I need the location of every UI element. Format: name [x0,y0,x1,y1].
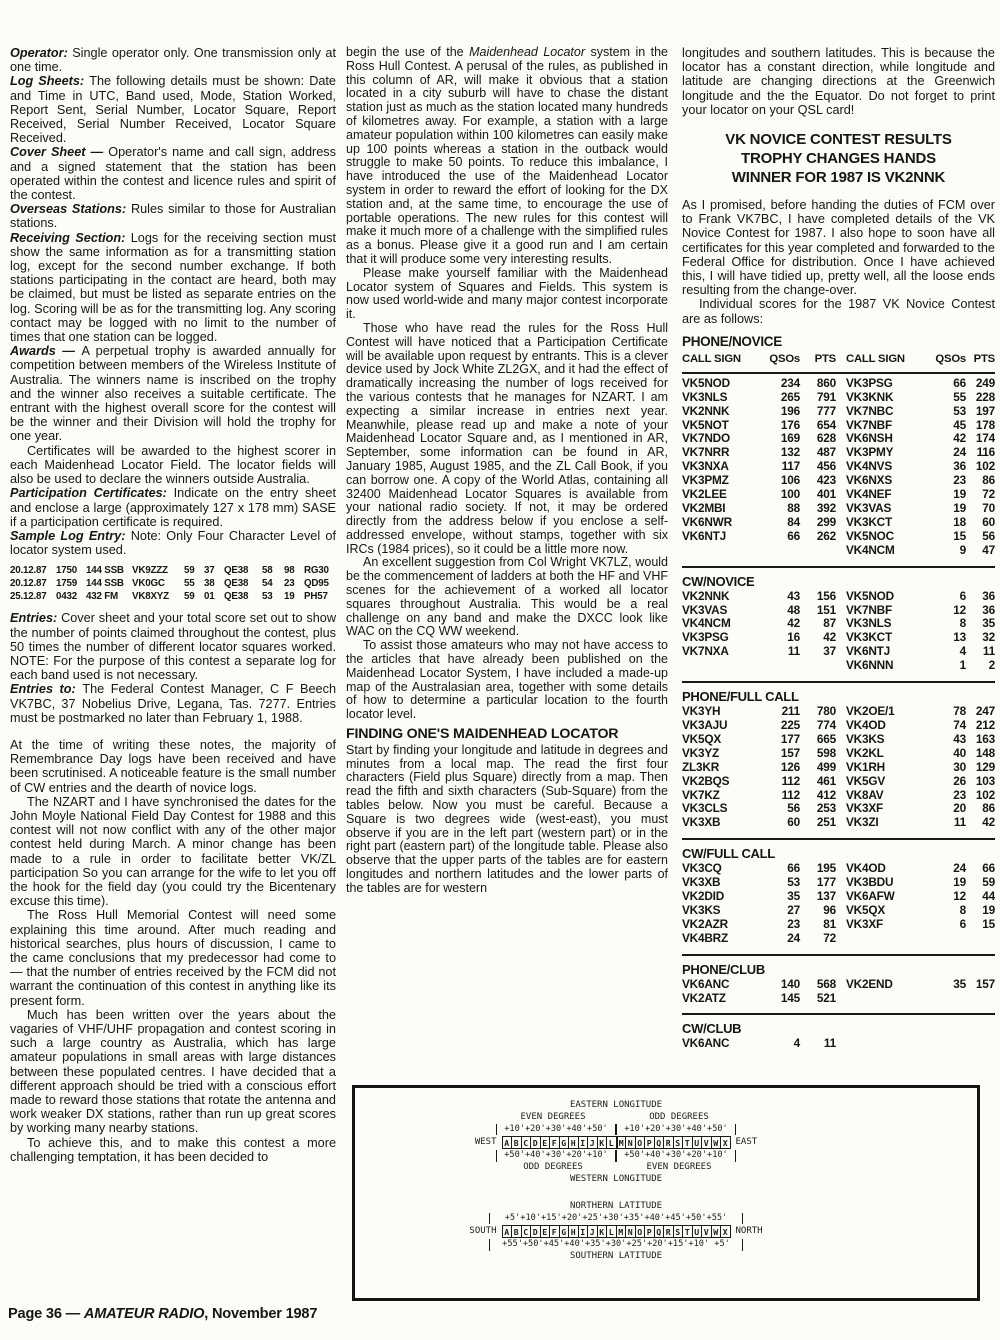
results-cell: 42 [966,816,995,830]
results-cell: 129 [966,761,995,775]
paragraph-lead: Log Sheets: [10,74,89,88]
locator-letter-cell: X [720,1225,731,1238]
results-cell: VK7NBC [836,405,924,419]
results-cell: VK8AV [836,789,924,803]
results-row: VK3YZ157598VK2KL40148 [682,747,995,761]
footer-page-number: Page 36 — [8,1306,84,1322]
results-cell: VK3KS [836,733,924,747]
results-cell: VK3NXA [682,460,760,474]
results-cell: 247 [966,705,995,719]
results-cell: 9 [924,544,966,558]
results-cell: 212 [966,719,995,733]
results-cell: VK5NOD [836,590,924,604]
article-heading-line: WINNER FOR 1987 IS VK2NNK [682,168,995,187]
results-cell: VK7NDO [682,432,760,446]
results-cell: 42 [924,432,966,446]
log-cell: 53 [262,590,284,603]
paragraph-lead: Entries to: [10,682,82,696]
results-row: VK5NOD234860VK3PSG66249 [682,377,995,391]
latitude-top-scale: +5'+10'+15'+20'+25'+30'+35'+40'+45'+50'+… [440,1213,792,1225]
left-paragraph: At the time of writing these notes, the … [10,738,336,795]
longitude-bottom-scale: +50'+40'+30'+20'+10' +50'+40'+30'+20'+10… [440,1150,792,1162]
results-cell: 11 [800,1037,836,1051]
results-cell: 96 [800,904,836,918]
latitude-bottom-title: SOUTHERN LATITUDE [440,1251,792,1263]
results-cell: 86 [966,802,995,816]
middle-paragraph: Please make yourself familiar with the M… [346,267,668,322]
results-cell: VK3YZ [682,747,760,761]
results-row: VK3CLS56253VK3XF2086 [682,802,995,816]
results-cell [836,992,924,1006]
results-cell: VK7NBF [836,604,924,618]
results-cell: 412 [800,789,836,803]
left-paragraph: Overseas Stations: Rules similar to thos… [10,202,336,230]
results-cell: 20 [924,802,966,816]
right-paragraph: Individual scores for the 1987 VK Novice… [682,297,995,325]
results-cell: VK6NSH [836,432,924,446]
middle-paragraph: Start by finding your longitude and lati… [346,744,668,896]
odd-degrees-label: ODD DEGREES [616,1112,742,1124]
left-paragraph: Entries to: The Federal Contest Manager,… [10,682,336,725]
longitude-bottom-title: WESTERN LONGITUDE [440,1174,792,1186]
results-cell: 249 [966,377,995,391]
results-row: VK7NRR132487VK3PMY24116 [682,446,995,460]
results-cell: 74 [924,719,966,733]
results-row: VK3XB53177VK3BDU1959 [682,876,995,890]
results-cell: VK6ANC [682,1037,760,1051]
log-cell: RG30 [304,564,334,577]
results-row: VK2LEE100401VK4NEF1972 [682,488,995,502]
results-cell: 59 [966,876,995,890]
results-cell: VK3KNK [836,391,924,405]
scale-segment: +5'+10'+15'+20'+25'+30'+35'+40'+45'+50'+… [489,1213,743,1225]
results-cell: 70 [966,502,995,516]
results-cell: 36 [966,590,995,604]
results-cell: VK3XF [836,918,924,932]
results-cell: 87 [800,617,836,631]
results-cell: VK5NOT [682,419,760,433]
results-cell: VK3KS [682,904,760,918]
log-cell: QD95 [304,577,334,590]
results-cell: VK6AFW [836,890,924,904]
results-cell: VK4OD [836,862,924,876]
results-cell: VK4NEF [836,488,924,502]
results-row: VK2NNK196777VK7NBC53197 [682,405,995,419]
left-paragraph: Participation Certificates: Indicate on … [10,486,336,529]
results-row: VK3CQ66195VK4OD2466 [682,862,995,876]
paragraph-lead: Sample Log Entry: [10,529,131,543]
results-cell: 598 [800,747,836,761]
log-cell: 20.12.87 [10,577,56,590]
results-cell: 253 [800,802,836,816]
results-cell: 12 [924,604,966,618]
log-cell: VK0GC [132,577,184,590]
results-cell: 66 [924,377,966,391]
results-cell: 103 [966,775,995,789]
results-cell: 780 [800,705,836,719]
left-paragraph: Sample Log Entry: Note: Only Four Charac… [10,529,336,557]
results-row: VK6ANC140568VK2END35157 [682,978,995,992]
results-cell: VK4NCM [836,544,924,558]
middle-column: begin the use of the Maidenhead Locator … [346,46,668,1080]
results-cell: VK4OD [836,719,924,733]
results-cell: VK2OE/1 [836,705,924,719]
results-cell: VK7KZ [682,789,760,803]
left-paragraph: Log Sheets: The following details must b… [10,74,336,145]
article-heading-line: TROPHY CHANGES HANDS [682,149,995,168]
results-cell [924,1037,966,1051]
results-cell: 19 [924,876,966,890]
results-cell [682,544,760,558]
left-paragraph: Entries: Cover sheet and your total scor… [10,611,336,682]
results-cell: VK3XB [682,876,760,890]
log-cell: 54 [262,577,284,590]
results-cell: 251 [800,816,836,830]
results-cell: 100 [760,488,800,502]
latitude-letter-row: SOUTH ABCDEFGHIJKLMNOPQRSTUVWX NORTH [440,1225,792,1238]
section-heading: FINDING ONE'S MAIDENHEAD LOCATOR [346,728,668,742]
results-cell: VK2BQS [682,775,760,789]
results-cell: VK3VAS [836,502,924,516]
results-cell [760,544,800,558]
results-cell: 78 [924,705,966,719]
results-cell: 53 [924,405,966,419]
results-cell: 24 [760,932,800,946]
results-section-title: CW/FULL CALL [682,846,995,861]
results-cell: 60 [760,816,800,830]
log-cell: 1750 [56,564,86,577]
results-cell: 86 [966,474,995,488]
results-cell: 6 [924,590,966,604]
results-cell: 156 [800,590,836,604]
results-header-cell: CALL SIGN [836,353,924,366]
results-cell: VK2END [836,978,924,992]
results-cell: VK4BRZ [682,932,760,946]
results-cell: 132 [760,446,800,460]
results-cell: 177 [760,733,800,747]
log-cell: VK8XYZ [132,590,184,603]
results-row: VK5QX177665VK3KS43163 [682,733,995,747]
results-row: VK2ATZ145521 [682,992,995,1006]
results-cell: 26 [924,775,966,789]
results-cell: VK6NXS [836,474,924,488]
results-cell: VK2MBI [682,502,760,516]
paragraph-lead: Receiving Section: [10,231,131,245]
results-header-cell: QSOs [924,353,966,366]
results-cell: 151 [800,604,836,618]
results-header-cell: PTS [800,353,836,366]
scale-segment: +50'+40'+30'+20'+10' [616,1150,736,1162]
log-cell: QE38 [224,577,262,590]
results-cell: 148 [966,747,995,761]
results-cell: VK6NWR [682,516,760,530]
results-row: VK4NCM4287VK3NLS835 [682,617,995,631]
results-cell: 225 [760,719,800,733]
results-cell: 262 [800,530,836,544]
results-cell: 56 [966,530,995,544]
results-cell: 860 [800,377,836,391]
paragraph-lead: Awards — [10,344,81,358]
latitude-top-title: NORTHERN LATITUDE [440,1201,792,1213]
results-cell: VK3PMZ [682,474,760,488]
results-row: VK2DID35137VK6AFW1244 [682,890,995,904]
log-cell: 19 [284,590,304,603]
log-cell: 1759 [56,577,86,590]
locator-letter-cell: X [720,1136,731,1149]
paragraph-lead: Participation Certificates: [10,486,174,500]
results-section-phone-full-call: PHONE/FULL CALLVK3YH211780VK2OE/178247VK… [682,681,995,830]
results-cell: 163 [966,733,995,747]
latitude-table: NORTHERN LATITUDE +5'+10'+15'+20'+25'+30… [440,1201,792,1263]
results-row: VK4BRZ2472 [682,932,995,946]
results-cell: 37 [800,645,836,659]
results-cell: 177 [800,876,836,890]
results-cell: VK3PSG [682,631,760,645]
paragraph-lead: Entries: [10,611,61,625]
results-section-title: PHONE/FULL CALL [682,689,995,704]
results-cell: 66 [760,862,800,876]
results-cell: 521 [800,992,836,1006]
log-cell: 20.12.87 [10,564,56,577]
results-cell: 24 [924,446,966,460]
results-cell: VK4NCM [682,617,760,631]
results-row: VK2NNK43156VK5NOD636 [682,590,995,604]
results-row: VK3PSG1642VK3KCT1332 [682,631,995,645]
left-paragraph: Receiving Section: Logs for the receivin… [10,231,336,345]
results-cell: 228 [966,391,995,405]
results-cell: 176 [760,419,800,433]
results-cell: VK3VAS [682,604,760,618]
results-section-title: CW/NOVICE [682,574,995,589]
results-cell: 178 [966,419,995,433]
middle-paragraph: Those who have read the rules for the Ro… [346,322,668,557]
results-row: VK6NWR84299VK3KCT1860 [682,516,995,530]
results-cell: VK7NBF [836,419,924,433]
results-row: VK3XB60251VK3ZI1142 [682,816,995,830]
results-header-cell: PTS [966,353,995,366]
log-cell: QE38 [224,590,262,603]
results-cell: 116 [966,446,995,460]
results-cell: 12 [924,890,966,904]
results-section-title: PHONE/NOVICE [682,334,995,349]
results-cell: 88 [760,502,800,516]
results-cell: 18 [924,516,966,530]
results-cell: 66 [760,530,800,544]
longitude-bottom-labels: ODD DEGREES EVEN DEGREES [440,1162,792,1174]
results-cell: 72 [800,932,836,946]
latitude-cells: ABCDEFGHIJKLMNOPQRSTUVWX [502,1225,731,1238]
results-cell: 157 [966,978,995,992]
results-cell: 15 [924,530,966,544]
log-cell: QE38 [224,564,262,577]
results-header-cell: CALL SIGN [682,353,760,366]
results-cell: VK3PMY [836,446,924,460]
left-paragraph: Awards — A perpetual trophy is awarded a… [10,344,336,443]
results-cell: VK2NNK [682,590,760,604]
results-cell: 197 [966,405,995,419]
north-label: NORTH [731,1226,768,1238]
article-heading: VK NOVICE CONTEST RESULTSTROPHY CHANGES … [682,130,995,187]
log-cell: 0432 [56,590,86,603]
results-cell: 11 [924,816,966,830]
right-column-text: longitudes and southern latitudes. This … [682,46,995,326]
results-cell: VK3KCT [836,631,924,645]
results-row: ZL3KR126499VK1RH30129 [682,761,995,775]
scale-segment: +50'+40'+30'+20'+10' [496,1150,616,1162]
results-cell: VK3NLS [682,391,760,405]
paragraph-lead: Overseas Stations: [10,202,131,216]
results-cell: 35 [760,890,800,904]
results-cell: VK3CLS [682,802,760,816]
paragraph-lead: Operator: [10,46,72,60]
results-cell: 27 [760,904,800,918]
longitude-table: EASTERN LONGITUDE EVEN DEGREES ODD DEGRE… [440,1100,792,1186]
even-degrees-label: EVEN DEGREES [490,1112,616,1124]
magazine-page: Operator: Single operator only. One tran… [0,0,1000,1340]
results-cell: 35 [966,617,995,631]
results-cell: 32 [966,631,995,645]
results-section-title: CW/CLUB [682,1021,995,1036]
results-cell: VK2ATZ [682,992,760,1006]
log-cell: 37 [204,564,224,577]
results-cell: 30 [924,761,966,775]
left-column: Operator: Single operator only. One tran… [10,46,336,1304]
results-cell: VK2DID [682,890,760,904]
results-cell: 56 [760,802,800,816]
results-cell: VK5NOD [682,377,760,391]
results-cell: 102 [966,789,995,803]
results-cell: 84 [760,516,800,530]
results-cell: VK3YH [682,705,760,719]
results-cell: 126 [760,761,800,775]
results-cell: VK3PSG [836,377,924,391]
results-row: VK3VAS48151VK7NBF1236 [682,604,995,618]
results-cell: 791 [800,391,836,405]
right-paragraph: As I promised, before handing the duties… [682,198,995,297]
results-cell: VK5QX [836,904,924,918]
results-cell: VK2NNK [682,405,760,419]
paragraph-lead: Cover Sheet — [10,145,108,159]
longitude-top-labels: EVEN DEGREES ODD DEGREES [440,1112,792,1124]
results-cell: VK3NLS [836,617,924,631]
scale-segment: +10'+20'+30'+40'+50' [496,1124,616,1136]
results-cell [800,659,836,673]
results-cell [966,992,995,1006]
footer-magazine-title: AMATEUR RADIO [84,1306,204,1322]
locator-diagram: EASTERN LONGITUDE EVEN DEGREES ODD DEGRE… [440,1100,792,1263]
results-cell: VK5NOC [836,530,924,544]
results-cell: VK3KCT [836,516,924,530]
results-section-phone-club: PHONE/CLUBVK6ANC140568VK2END35157VK2ATZ1… [682,954,995,1006]
footer-issue: , November 1987 [204,1306,317,1322]
south-label: SOUTH [464,1226,501,1238]
results-cell: 35 [924,978,966,992]
results-cell: 299 [800,516,836,530]
results-cell: VK2KL [836,747,924,761]
results-row: VK6NTJ66262VK5NOC1556 [682,530,995,544]
results-row: VK4NCM947 [682,544,995,558]
results-cell: 117 [760,460,800,474]
results-cell: 211 [760,705,800,719]
results-cell: 137 [800,890,836,904]
results-row: VK2BQS112461VK5GV26103 [682,775,995,789]
longitude-top-title: EASTERN LONGITUDE [440,1100,792,1112]
log-cell: 23 [284,577,304,590]
scale-segment: +55'+50'+45'+40'+35'+30'+25'+20'+15'+10'… [489,1239,743,1251]
results-cell: 195 [800,862,836,876]
results-cell: 8 [924,904,966,918]
results-cell: 23 [924,474,966,488]
odd-degrees-label: ODD DEGREES [490,1162,616,1174]
results-cell: 55 [924,391,966,405]
log-cell: 144 SSB [86,577,132,590]
results-cell: 112 [760,775,800,789]
left-paragraph: Cover Sheet — Operator's name and call s… [10,145,336,202]
results-cell: VK5QX [682,733,760,747]
results-cell [966,1037,995,1051]
results-cell [924,932,966,946]
results-cell: 8 [924,617,966,631]
results-cell: 774 [800,719,836,733]
even-degrees-label: EVEN DEGREES [616,1162,742,1174]
results-cell: 174 [966,432,995,446]
results-cell: VK2LEE [682,488,760,502]
log-row: 25.12.870432432 FMVK8XYZ5901QE385319PH57 [10,590,336,603]
results-cell: 461 [800,775,836,789]
results-cell: VK3BDU [836,876,924,890]
italic-text: Maidenhead Locator [469,46,585,59]
results-cell: 45 [924,419,966,433]
results-cell: 169 [760,432,800,446]
results-cell: 36 [966,604,995,618]
results-cell: 60 [966,516,995,530]
log-cell: 58 [262,564,284,577]
log-cell: VK9ZZZ [132,564,184,577]
middle-paragraph: To assist those amateurs who may not hav… [346,639,668,722]
results-cell: 392 [800,502,836,516]
right-column: longitudes and southern latitudes. This … [682,46,995,1084]
results-cell: 48 [760,604,800,618]
results-row: VK3NLS265791VK3KNK55228 [682,391,995,405]
results-cell: 23 [760,918,800,932]
results-row: VK7NXA1137VK6NTJ411 [682,645,995,659]
log-cell: PH57 [304,590,334,603]
results-header-row: CALL SIGNQSOsPTSCALL SIGNQSOsPTS [682,353,995,374]
right-paragraph: longitudes and southern latitudes. This … [682,46,995,117]
left-paragraph: Operator: Single operator only. One tran… [10,46,336,74]
middle-paragraph: begin the use of the Maidenhead Locator … [346,46,668,267]
log-cell: 144 SSB [86,564,132,577]
results-row: VK6ANC411 [682,1037,995,1051]
results-cell: 628 [800,432,836,446]
article-heading-line: VK NOVICE CONTEST RESULTS [682,130,995,149]
results-cell: 40 [924,747,966,761]
results-cell: 47 [966,544,995,558]
results-cell: 234 [760,377,800,391]
log-row: 20.12.871759144 SSBVK0GC5538QE385423QD95 [10,577,336,590]
latitude-bottom-scale: +55'+50'+45'+40'+35'+30'+25'+20'+15'+10'… [440,1239,792,1251]
results-header-cell: QSOs [760,353,800,366]
results-cell: 19 [924,488,966,502]
results-cell: VK5GV [836,775,924,789]
results-cell [836,1037,924,1051]
log-cell: 38 [204,577,224,590]
results-cell: 6 [924,918,966,932]
results-cell: 102 [966,460,995,474]
log-cell: 432 FM [86,590,132,603]
results-cell: 568 [800,978,836,992]
results-row: VK6NNN12 [682,659,995,673]
